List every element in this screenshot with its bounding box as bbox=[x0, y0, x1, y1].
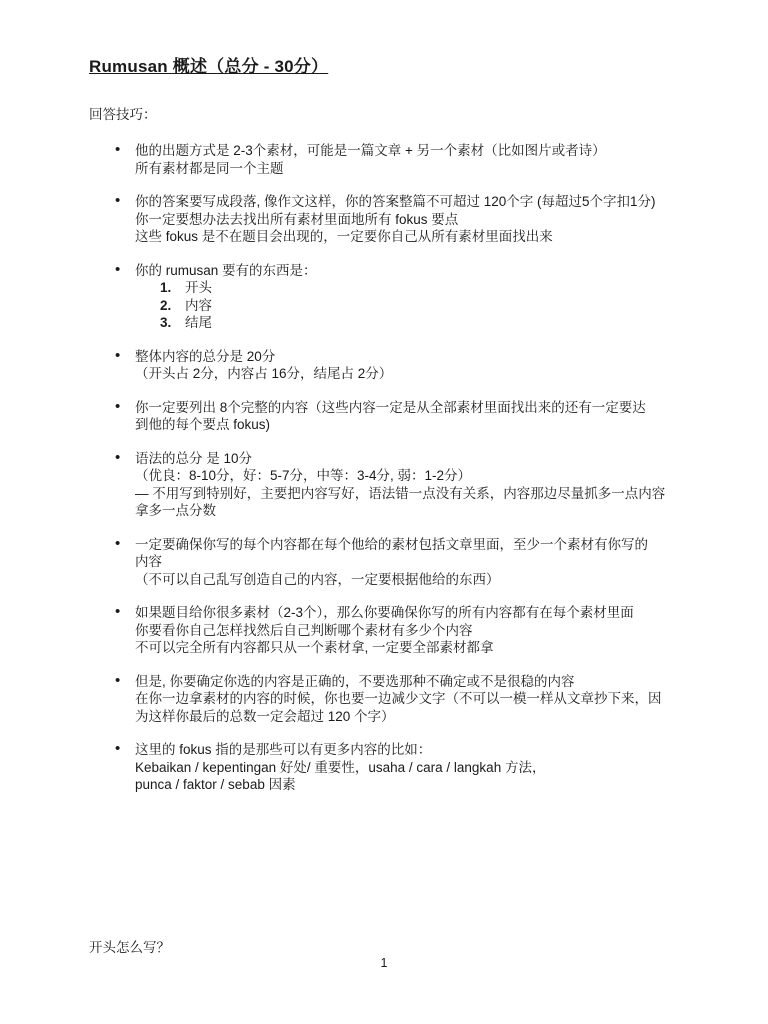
numbered-item: 2.内容 bbox=[160, 297, 702, 315]
numbered-text: 开头 bbox=[185, 280, 212, 295]
document-page: Rumusan 概述（总分 - 30分） 回答技巧： 他的出题方式是 2-3个素… bbox=[0, 0, 768, 1024]
bullet-line: 你一定要想办法去找出所有素材里面地所有 fokus 要点 bbox=[135, 211, 702, 229]
bullet-line: 语法的总分 是 10分 bbox=[135, 450, 702, 468]
bullet-line: 整体内容的总分是 20分 bbox=[135, 348, 702, 366]
bullet-item: 一定要确保你写的每个内容都在每个他给的素材包括文章里面，至少一个素材有你写的内容… bbox=[89, 536, 702, 589]
bullet-line: punca / faktor / sebab 因素 bbox=[135, 776, 702, 794]
bullet-item: 如果题目给你很多素材（2-3个），那么你要确保你写的所有内容都有在每个素材里面你… bbox=[89, 604, 702, 657]
numbered-marker: 3. bbox=[160, 314, 185, 332]
bullet-line: 这些 fokus 是不在题目会出现的，一定要你自己从所有素材里面找出来 bbox=[135, 228, 702, 246]
bullet-line: （不可以自己乱写创造自己的内容，一定要根据他给的东西） bbox=[135, 571, 702, 589]
bullet-item: 他的出题方式是 2-3个素材，可能是一篇文章 + 另一个素材（比如图片或者诗）所… bbox=[89, 142, 702, 177]
numbered-text: 结尾 bbox=[185, 315, 212, 330]
document-title: Rumusan 概述（总分 - 30分） bbox=[89, 52, 702, 77]
section-heading: 回答技巧： bbox=[89, 103, 702, 123]
bullet-line: 他的出题方式是 2-3个素材，可能是一篇文章 + 另一个素材（比如图片或者诗） bbox=[135, 142, 702, 160]
bullet-line: 但是, 你要确定你选的内容是正确的，不要选那种不确定或不是很稳的内容 bbox=[135, 673, 702, 691]
bullet-line: 拿多一点分数 bbox=[135, 502, 702, 520]
bullet-line: 到他的每个要点 fokus) bbox=[135, 416, 702, 434]
bullet-line: Kebaikan / kepentingan 好处/ 重要性，usaha / c… bbox=[135, 759, 702, 777]
numbered-text: 内容 bbox=[185, 298, 212, 313]
numbered-marker: 1. bbox=[160, 279, 185, 297]
bullet-item: 你的 rumusan 要有的东西是：1.开头2.内容3.结尾 bbox=[89, 262, 702, 332]
bullet-line: 内容 bbox=[135, 553, 702, 571]
bullet-line: 在你一边拿素材的内容的时候，你也要一边减少文字（不可以一模一样从文章抄下来，因 bbox=[135, 690, 702, 708]
bullet-line: — 不用写到特别好，主要把内容写好，语法错一点没有关系，内容那边尽量抓多一点内容 bbox=[135, 485, 702, 503]
bullet-line: 你的答案要写成段落, 像作文这样，你的答案整篇不可超过 120个字 (每超过5个… bbox=[135, 193, 702, 211]
page-number: 1 bbox=[0, 956, 768, 970]
bullet-item: 你的答案要写成段落, 像作文这样，你的答案整篇不可超过 120个字 (每超过5个… bbox=[89, 193, 702, 246]
bullet-line: 你一定要列出 8个完整的内容（这些内容一定是从全部素材里面找出来的还有一定要达 bbox=[135, 399, 702, 417]
numbered-marker: 2. bbox=[160, 297, 185, 315]
bullet-line: （优良：8-10分，好：5-7分，中等：3-4分, 弱：1-2分） bbox=[135, 467, 702, 485]
bullet-line: 你的 rumusan 要有的东西是： bbox=[135, 262, 702, 280]
bullet-item: 语法的总分 是 10分（优良：8-10分，好：5-7分，中等：3-4分, 弱：1… bbox=[89, 450, 702, 520]
numbered-item: 1.开头 bbox=[160, 279, 702, 297]
bullet-item: 你一定要列出 8个完整的内容（这些内容一定是从全部素材里面找出来的还有一定要达到… bbox=[89, 399, 702, 434]
bullet-line: 如果题目给你很多素材（2-3个），那么你要确保你写的所有内容都有在每个素材里面 bbox=[135, 604, 702, 622]
bullet-list: 他的出题方式是 2-3个素材，可能是一篇文章 + 另一个素材（比如图片或者诗）所… bbox=[89, 142, 702, 794]
bullet-line: 这里的 fokus 指的是那些可以有更多内容的比如： bbox=[135, 741, 702, 759]
numbered-item: 3.结尾 bbox=[160, 314, 702, 332]
bullet-line: 为这样你最后的总数一定会超过 120 个字） bbox=[135, 708, 702, 726]
bullet-item: 这里的 fokus 指的是那些可以有更多内容的比如：Kebaikan / kep… bbox=[89, 741, 702, 794]
bullet-line: 所有素材都是同一个主题 bbox=[135, 160, 702, 178]
bullet-line: （开头占 2分，内容占 16分，结尾占 2分） bbox=[135, 365, 702, 383]
numbered-list: 1.开头2.内容3.结尾 bbox=[135, 279, 702, 332]
bullet-line: 你要看你自己怎样找然后自己判断哪个素材有多少个内容 bbox=[135, 622, 702, 640]
bullet-line: 不可以完全所有内容都只从一个素材拿, 一定要全部素材都拿 bbox=[135, 639, 702, 657]
bullet-line: 一定要确保你写的每个内容都在每个他给的素材包括文章里面，至少一个素材有你写的 bbox=[135, 536, 702, 554]
bullet-item: 整体内容的总分是 20分（开头占 2分，内容占 16分，结尾占 2分） bbox=[89, 348, 702, 383]
document-content: Rumusan 概述（总分 - 30分） 回答技巧： 他的出题方式是 2-3个素… bbox=[0, 0, 768, 794]
bullet-item: 但是, 你要确定你选的内容是正确的，不要选那种不确定或不是很稳的内容在你一边拿素… bbox=[89, 673, 702, 726]
footer-question: 开头怎么写？ bbox=[89, 936, 170, 956]
